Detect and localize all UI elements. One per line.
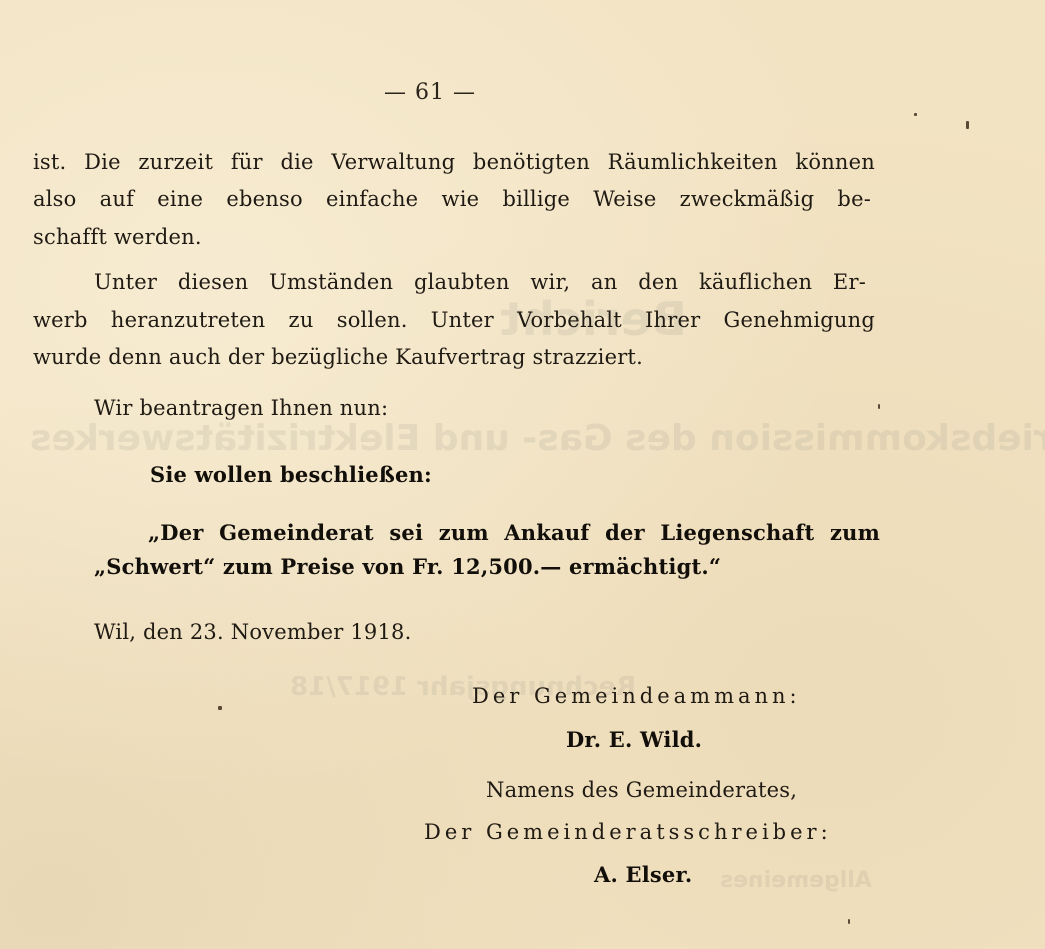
paragraph-line: ist. Die zurzeit für die Verwaltung benö… bbox=[33, 150, 875, 174]
scanned-document-page: Bericht Betriebskommission des Gas- und … bbox=[0, 0, 1045, 949]
paper-speck bbox=[878, 404, 880, 409]
paragraph-text: wurde denn auch der bezügliche Kaufvertr… bbox=[33, 345, 643, 369]
motion-heading: Sie wollen beschließen: bbox=[150, 462, 432, 487]
motion-heading-text: Sie wollen beschließen: bbox=[150, 462, 432, 487]
bleed-through-text: Allgemeines bbox=[720, 868, 872, 893]
paper-speck bbox=[848, 919, 850, 924]
council-behalf: Namens des Gemeinderates, bbox=[486, 778, 797, 802]
mayor-name: Dr. E. Wild. bbox=[566, 727, 702, 752]
paragraph-text: also auf eine ebenso einfache wie billig… bbox=[33, 187, 871, 211]
motion-line: „Der Gemeinderat sei zum Ankauf der Lieg… bbox=[148, 520, 880, 545]
paragraph-text: werb heranzutreten zu sollen. Unter Vorb… bbox=[33, 308, 875, 332]
mayor-name-text: Dr. E. Wild. bbox=[566, 727, 702, 752]
paragraph-text: Unter diesen Umständen glaubten wir, an … bbox=[94, 270, 866, 294]
motion-line: „Schwert“ zum Preise von Fr. 12,500.— er… bbox=[94, 554, 721, 579]
mayor-title-text: Der Gemeindeammann: bbox=[472, 684, 801, 708]
clerk-name: A. Elser. bbox=[594, 862, 692, 887]
place-date: Wil, den 23. November 1918. bbox=[94, 620, 411, 644]
motion-text: „Schwert“ zum Preise von Fr. 12,500.— er… bbox=[94, 554, 721, 579]
paragraph-line: Wir beantragen Ihnen nun: bbox=[94, 396, 388, 420]
council-behalf-text: Namens des Gemeinderates, bbox=[486, 778, 797, 802]
mayor-title: Der Gemeindeammann: bbox=[472, 684, 801, 708]
paragraph-line: schafft werden. bbox=[33, 225, 202, 249]
paragraph-line: werb heranzutreten zu sollen. Unter Vorb… bbox=[33, 308, 875, 332]
clerk-name-text: A. Elser. bbox=[594, 862, 692, 887]
motion-text: „Der Gemeinderat sei zum Ankauf der Lieg… bbox=[148, 520, 880, 545]
paragraph-line: Unter diesen Umständen glaubten wir, an … bbox=[94, 270, 866, 294]
place-date-text: Wil, den 23. November 1918. bbox=[94, 620, 411, 644]
page-number: — 61 — bbox=[384, 80, 476, 105]
paper-speck bbox=[966, 121, 969, 129]
paper-speck bbox=[914, 113, 917, 116]
paragraph-line: wurde denn auch der bezügliche Kaufvertr… bbox=[33, 345, 643, 369]
clerk-title: Der Gemeinderatsschreiber: bbox=[424, 820, 832, 844]
paragraph-text: Wir beantragen Ihnen nun: bbox=[94, 396, 388, 420]
paragraph-text: schafft werden. bbox=[33, 225, 202, 249]
paragraph-text: ist. Die zurzeit für die Verwaltung benö… bbox=[33, 150, 875, 174]
clerk-title-text: Der Gemeinderatsschreiber: bbox=[424, 820, 832, 844]
paper-speck bbox=[218, 706, 222, 710]
bleed-through-text: Betriebskommission des Gas- und Elektriz… bbox=[30, 418, 1045, 459]
paragraph-line: also auf eine ebenso einfache wie billig… bbox=[33, 187, 871, 211]
